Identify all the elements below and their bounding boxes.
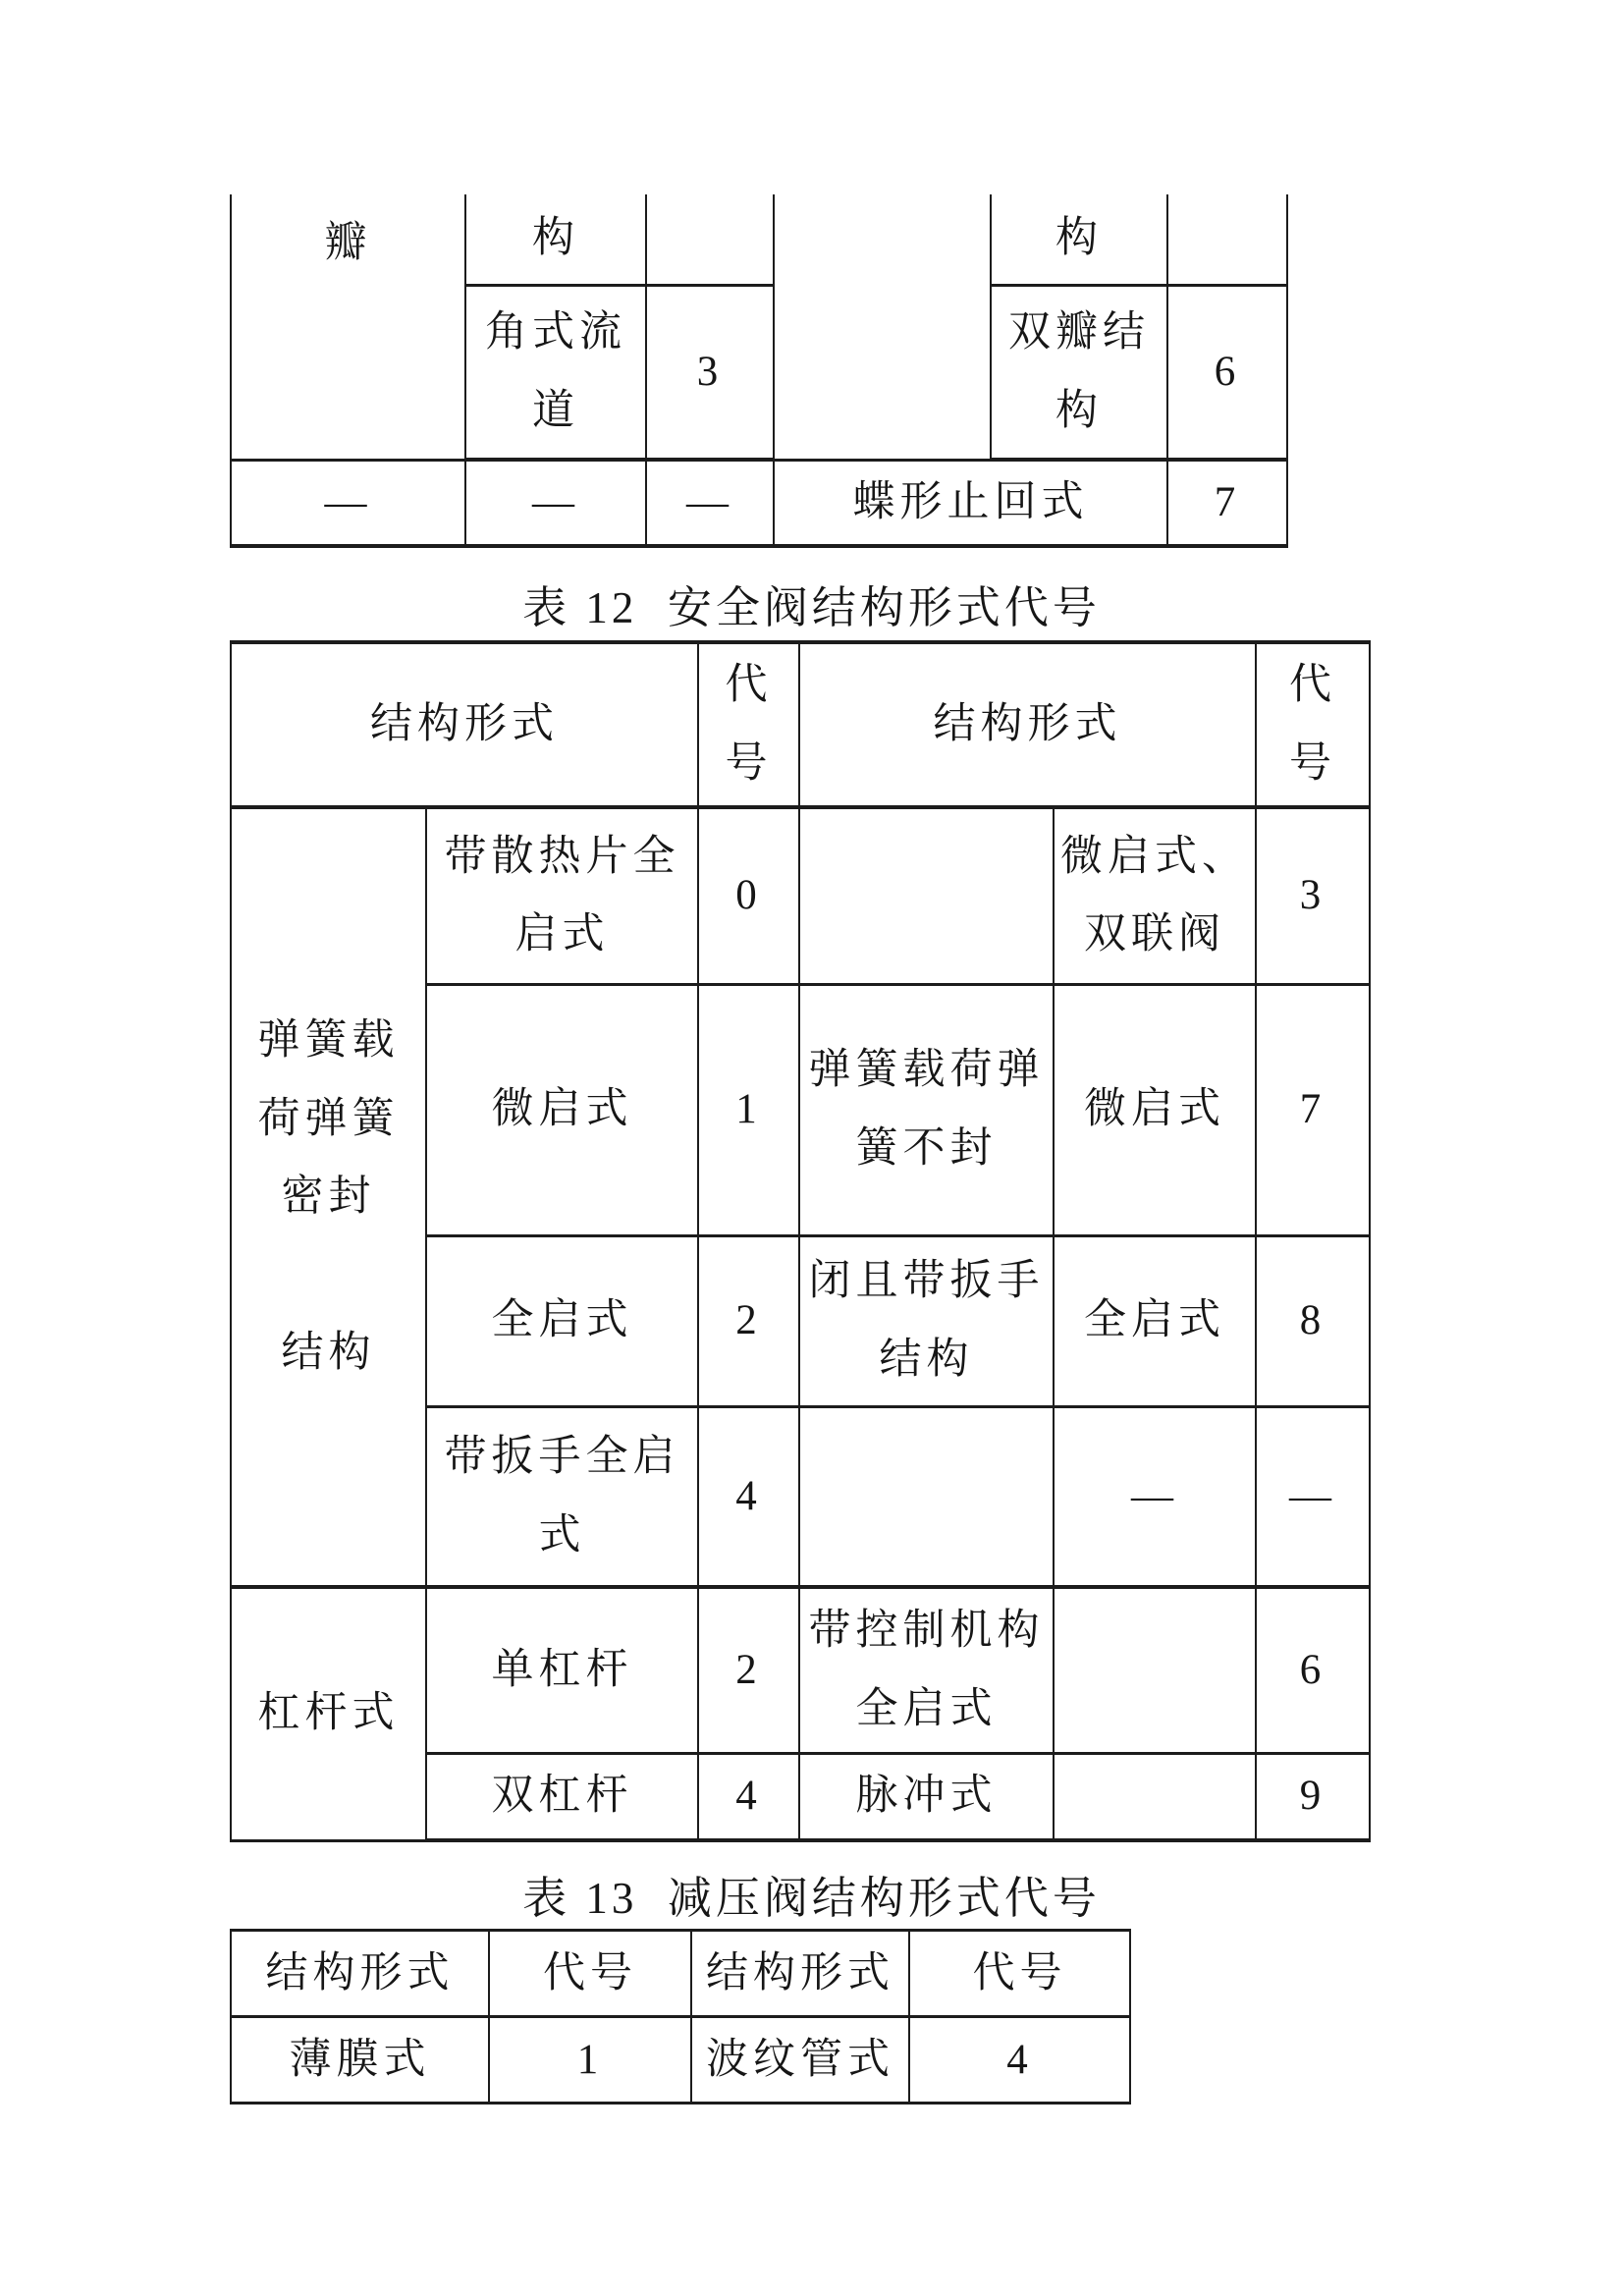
frag-cell-dash: — [231, 460, 465, 546]
cell-single-lever: 单杠杆 [426, 1587, 698, 1753]
cell-code: 2 [698, 1235, 799, 1406]
cell-control-full-lift: 带控制机构 全启式 [799, 1587, 1054, 1753]
header-structure-left: 结构形式 [231, 642, 698, 807]
cell-micro-lift: 微启式 [426, 984, 698, 1235]
table-row: 杠杆式 单杠杆 2 带控制机构 全启式 6 [231, 1587, 1370, 1753]
cell-code: 4 [698, 1753, 799, 1840]
frag-cell-empty [646, 194, 774, 285]
frag-cell-valve-disc: 瓣 [231, 194, 465, 460]
cell-code: 8 [1256, 1235, 1370, 1406]
table-row: 薄膜式 1 波纹管式 4 [231, 2017, 1130, 2104]
header-structure-right: 结构形式 [691, 1931, 909, 2017]
cell-micro-lift-duplex: 微启式、 双联阀 [1054, 807, 1256, 984]
cell-wrench-full-lift: 带扳手全启 式 [426, 1406, 698, 1587]
frag-cell-dash: — [646, 460, 774, 546]
table-header-row: 结构形式 代号 结构形式 代号 [231, 1931, 1130, 2017]
cell-full-lift: 全启式 [426, 1235, 698, 1406]
document-page: 瓣 构 构 角式流 道 3 双瓣结 构 6 — — — 蝶形止回式 7 表 12… [0, 0, 1623, 2296]
table-header-row: 结构形式 代 号 结构形式 代 号 [231, 642, 1370, 807]
header-code-right: 代 号 [1256, 642, 1370, 807]
table-row: — — — 蝶形止回式 7 [231, 460, 1287, 546]
frag-cell-structure-cont: 构 [465, 194, 646, 285]
table13-title: 表 13 减压阀结构形式代号 [0, 1862, 1623, 1926]
cell-micro-lift: 微启式 [1054, 984, 1256, 1235]
cell-empty [799, 807, 1054, 984]
cell-full-lift: 全启式 [1054, 1235, 1256, 1406]
cell-empty [1054, 1753, 1256, 1840]
cell-code: 1 [489, 2017, 691, 2104]
cell-spring-unsealed-part2: 闭且带扳手 结构 [799, 1235, 1054, 1406]
cell-group-spring-loaded: 弹簧载 荷弹簧 密封 结构 [231, 807, 426, 1587]
table-row: 瓣 构 构 [231, 194, 1287, 285]
header-code-left: 代号 [489, 1931, 691, 2017]
table-row: 弹簧载 荷弹簧 密封 结构 带散热片全 启式 0 微启式、 双联阀 3 [231, 807, 1370, 984]
cell-code: 7 [1256, 984, 1370, 1235]
cell-pulse-type: 脉冲式 [799, 1753, 1054, 1840]
cell-bellows-type: 波纹管式 [691, 2017, 909, 2104]
cell-code: 1 [698, 984, 799, 1235]
frag-cell-butterfly-check: 蝶形止回式 [774, 460, 1167, 546]
cell-code: 0 [698, 807, 799, 984]
safety-valve-table: 结构形式 代 号 结构形式 代 号 弹簧载 荷弹簧 密封 结构 带散热片全 启式… [230, 640, 1371, 1842]
cell-group-lever: 杠杆式 [231, 1587, 426, 1840]
cell-code: 2 [698, 1587, 799, 1753]
cell-spring-unsealed-part1: 弹簧载荷弹 簧不封 [799, 984, 1054, 1235]
table12-title: 表 12 安全阀结构形式代号 [0, 572, 1623, 635]
frag-cell-empty [1167, 194, 1287, 285]
cell-code: 6 [1256, 1587, 1370, 1753]
frag-cell-double-disc: 双瓣结 构 [991, 285, 1167, 460]
frag-cell-dash: — [465, 460, 646, 546]
cell-dash: — [1256, 1406, 1370, 1587]
cell-dash: — [1054, 1406, 1256, 1587]
pressure-reducing-valve-table: 结构形式 代号 结构形式 代号 薄膜式 1 波纹管式 4 [230, 1929, 1131, 2105]
cell-code: 4 [909, 2017, 1130, 2104]
frag-cell-empty-tall [774, 194, 991, 460]
cell-code: 9 [1256, 1753, 1370, 1840]
frag-cell-angle-channel: 角式流 道 [465, 285, 646, 460]
frag-cell-code: 6 [1167, 285, 1287, 460]
cell-double-lever: 双杠杆 [426, 1753, 698, 1840]
cell-empty [1054, 1587, 1256, 1753]
header-structure-left: 结构形式 [231, 1931, 489, 2017]
cell-code: 4 [698, 1406, 799, 1587]
header-structure-right: 结构形式 [799, 642, 1256, 807]
frag-cell-structure-cont: 构 [991, 194, 1167, 285]
header-code-left: 代 号 [698, 642, 799, 807]
frag-cell-code: 3 [646, 285, 774, 460]
header-code-right: 代号 [909, 1931, 1130, 2017]
cell-radiator-full-lift: 带散热片全 启式 [426, 807, 698, 984]
carryover-table: 瓣 构 构 角式流 道 3 双瓣结 构 6 — — — 蝶形止回式 7 [230, 194, 1288, 548]
cell-empty [799, 1406, 1054, 1587]
frag-cell-code: 7 [1167, 460, 1287, 546]
cell-diaphragm-type: 薄膜式 [231, 2017, 489, 2104]
cell-code: 3 [1256, 807, 1370, 984]
